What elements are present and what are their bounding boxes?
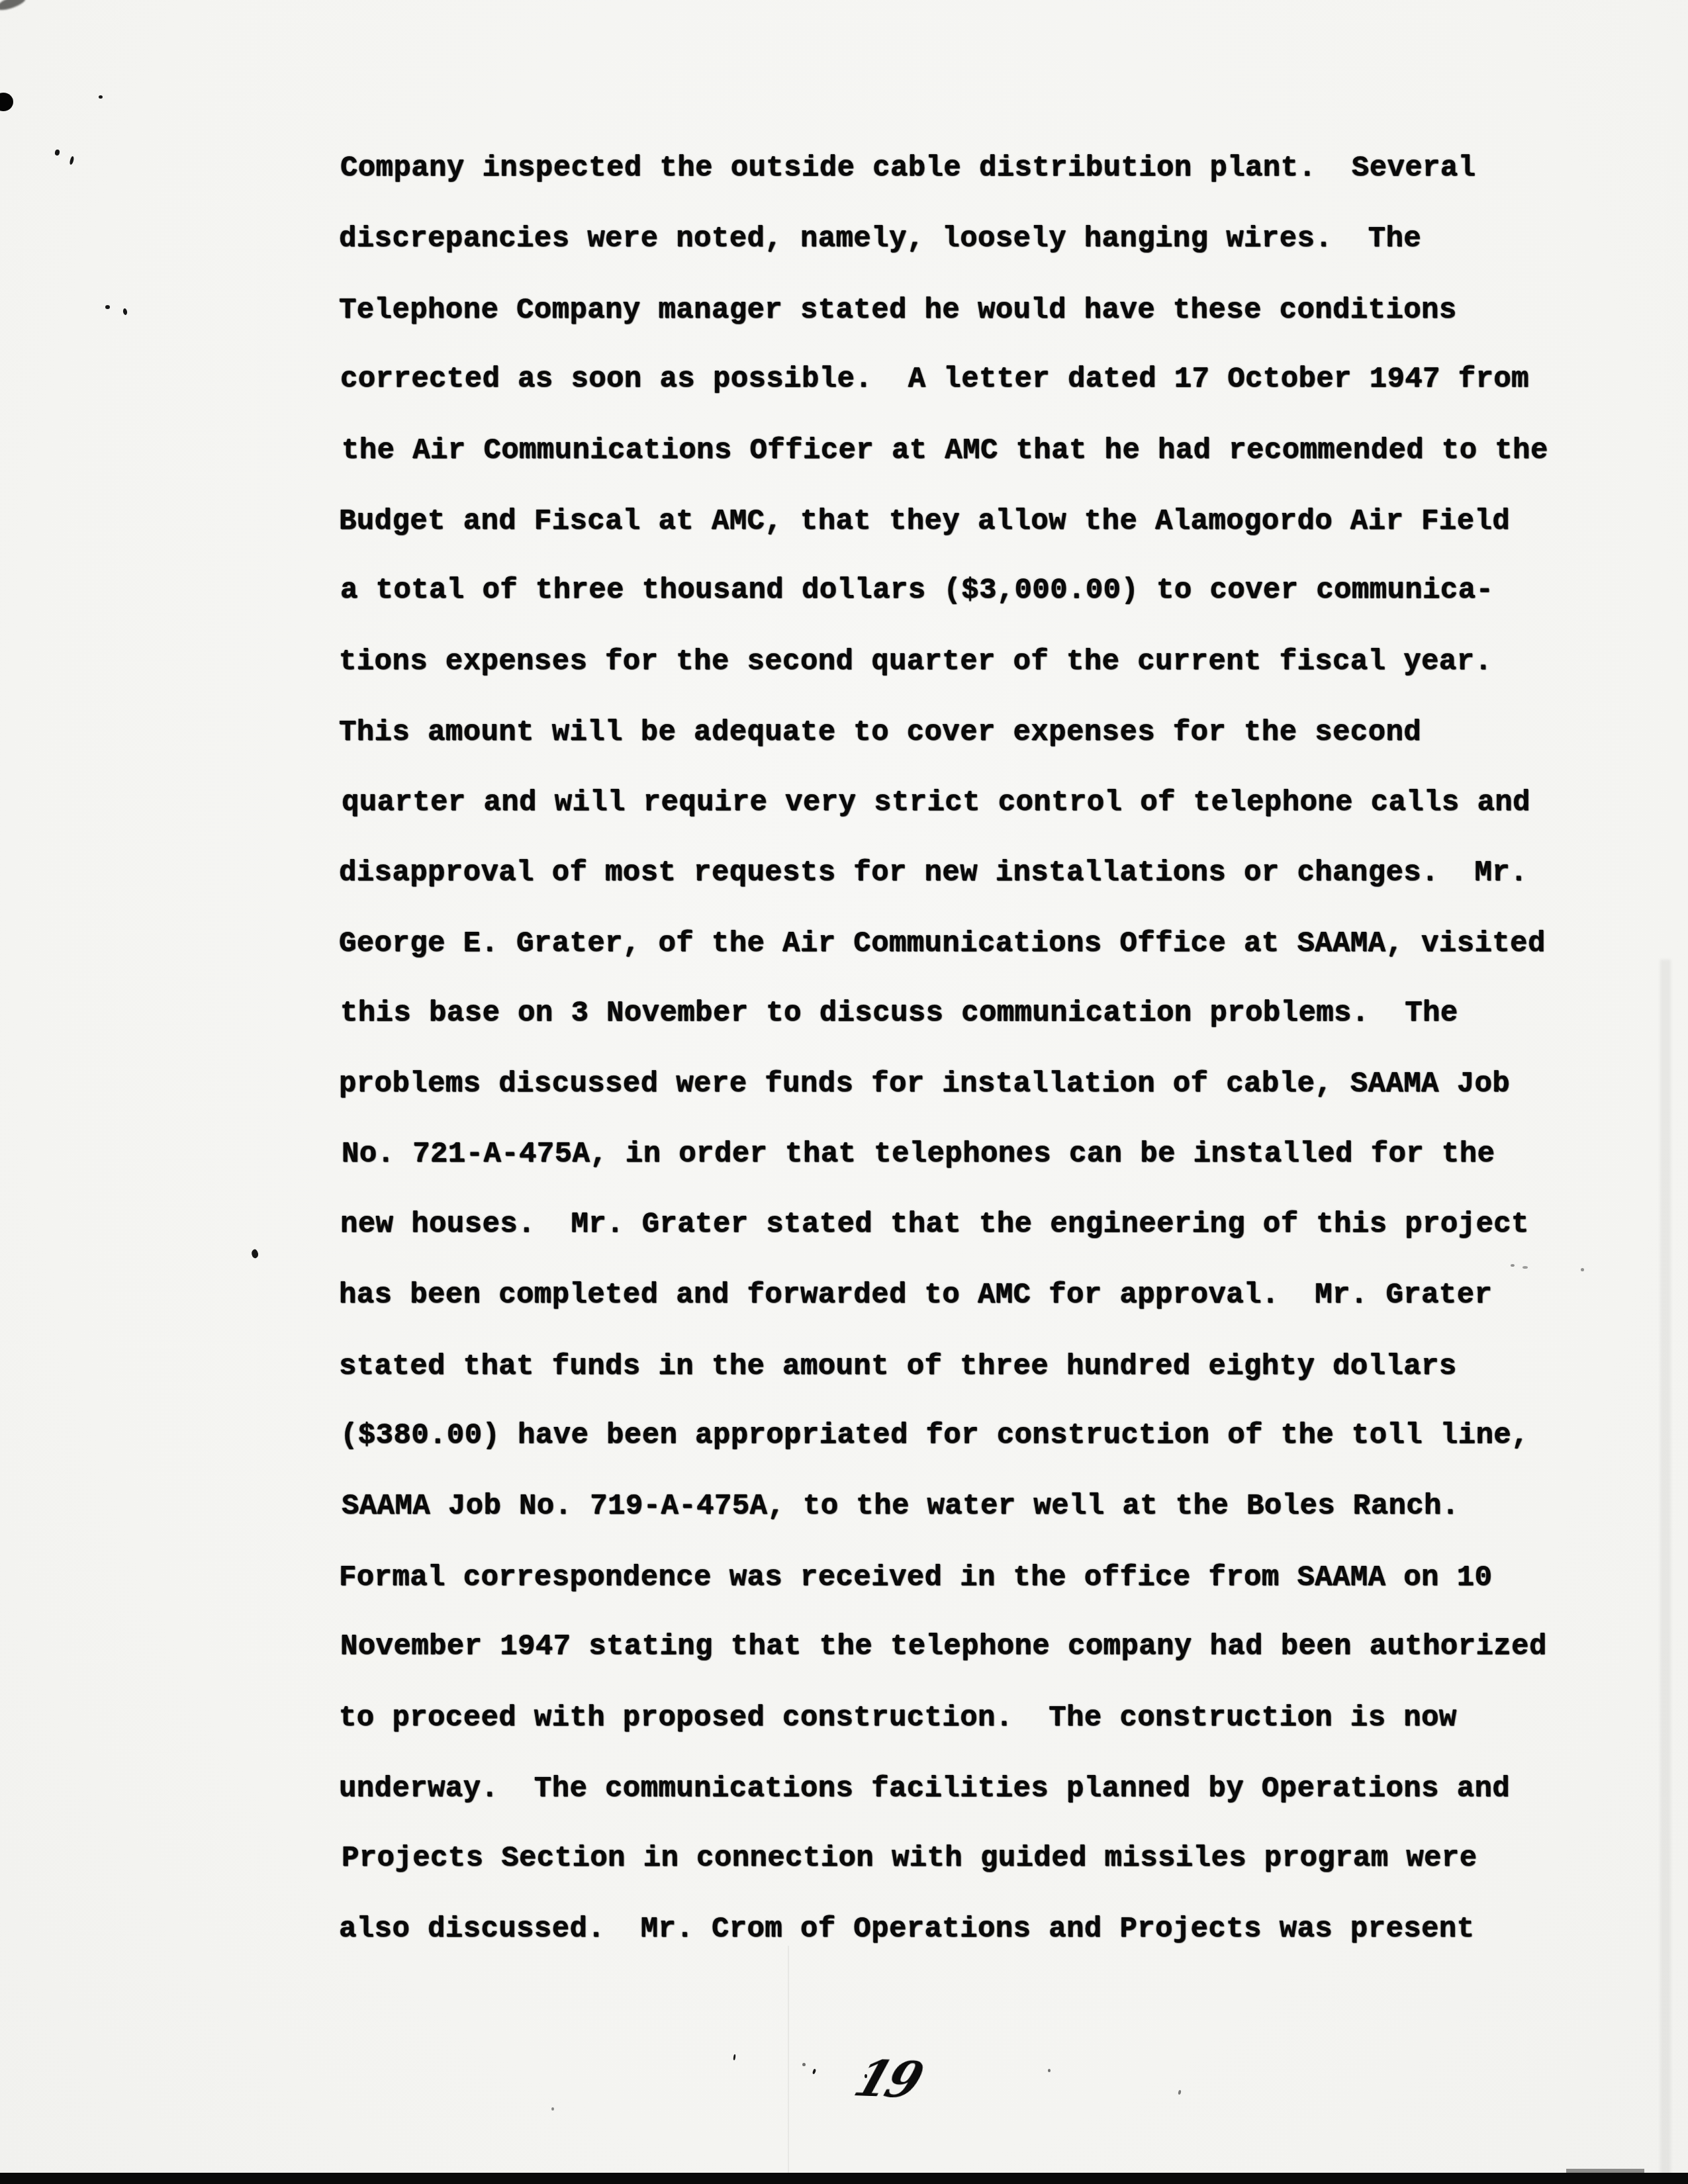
ink-speck (812, 2069, 816, 2075)
text-line: tions expenses for the second quarter of… (339, 627, 1597, 697)
text-line: underway. The communications facilities … (339, 1754, 1597, 1824)
text-line: Budget and Fiscal at AMC, that they allo… (339, 486, 1597, 557)
ink-speck (733, 2054, 735, 2060)
text-line: Projects Section in connection with guid… (342, 1823, 1599, 1893)
edge-ink-blob (0, 93, 13, 111)
ink-speck (99, 95, 103, 99)
ink-speck (122, 308, 128, 316)
text-line: No. 721-A-475A, in order that telephones… (342, 1119, 1599, 1189)
text-line: this base on 3 November to discuss commu… (340, 978, 1598, 1048)
text-line: disapproval of most requests for new ins… (339, 838, 1597, 908)
text-line: also discussed. Mr. Crom of Operations a… (339, 1894, 1597, 1964)
text-line: November 1947 stating that the telephone… (340, 1612, 1598, 1682)
text-line: This amount will be adequate to cover ex… (339, 698, 1597, 768)
text-line: corrected as soon as possible. A letter … (340, 345, 1598, 415)
text-line: a total of three thousand dollars ($3,00… (340, 556, 1598, 626)
text-line: has been completed and forwarded to AMC … (339, 1260, 1597, 1330)
ink-speck (1048, 2069, 1051, 2072)
text-line: Formal correspondence was received in th… (339, 1543, 1597, 1613)
ink-speck (551, 2107, 554, 2111)
handwritten-page-number: 19 (849, 2054, 926, 2105)
text-line: the Air Communications Officer at AMC th… (342, 416, 1599, 486)
text-line: new houses. Mr. Grater stated that the e… (340, 1189, 1598, 1259)
text-line: Telephone Company manager stated he woul… (339, 275, 1597, 345)
text-line: Company inspected the outside cable dist… (340, 133, 1598, 203)
text-line: problems discussed were funds for instal… (339, 1049, 1597, 1119)
scanned-document-page: Company inspected the outside cable dist… (0, 0, 1688, 2184)
text-line: George E. Grater, of the Air Communicati… (339, 909, 1597, 979)
scan-edge-bar (0, 2173, 1688, 2184)
text-line: ($380.00) have been appropriated for con… (340, 1400, 1598, 1471)
ink-speck (54, 149, 60, 156)
text-line: SAAMA Job No. 719-A-475A, to the water w… (342, 1471, 1599, 1541)
text-line: to proceed with proposed construction. T… (339, 1683, 1597, 1753)
ink-speck (69, 156, 74, 165)
ink-speck (802, 2063, 806, 2066)
text-line: quarter and will require very strict con… (342, 768, 1599, 838)
text-line: stated that funds in the amount of three… (339, 1331, 1597, 1401)
scan-streak (1660, 960, 1671, 2184)
ink-speck (1178, 2090, 1181, 2095)
text-line: discrepancies were noted, namely, loosel… (339, 204, 1597, 274)
fold-line (788, 1946, 789, 2174)
corner-smudge (0, 0, 27, 13)
ink-speck (105, 305, 110, 309)
ink-speck (250, 1248, 260, 1259)
typewritten-text-block: Company inspected the outside cable dist… (339, 134, 1597, 1964)
